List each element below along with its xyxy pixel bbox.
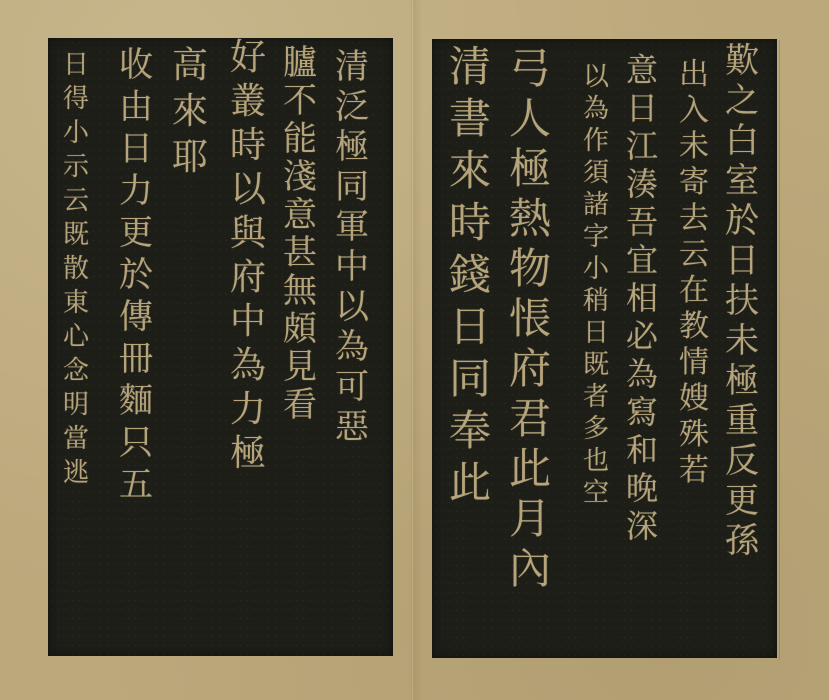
calligraphy-character: 湊 (626, 168, 658, 200)
calligraphy-character: 頗 (283, 312, 317, 346)
calligraphy-character: 只 (119, 426, 153, 460)
calligraphy-character: 字 (583, 224, 609, 250)
calligraphy-character: 必 (626, 320, 658, 352)
calligraphy-character: 收 (119, 48, 153, 82)
calligraphy-character: 來 (449, 150, 491, 192)
calligraphy-character: 為 (626, 358, 658, 390)
calligraphy-character: 不 (283, 84, 317, 118)
calligraphy-character: 清 (449, 46, 491, 88)
calligraphy-character: 江 (626, 130, 658, 162)
calligraphy-character: 以 (335, 290, 369, 324)
calligraphy-character: 云 (63, 188, 89, 214)
calligraphy-character: 來 (172, 94, 208, 130)
calligraphy-character: 須 (583, 160, 609, 186)
calligraphy-character: 極 (335, 130, 369, 164)
calligraphy-character: 反 (725, 444, 759, 478)
calligraphy-character: 好 (230, 40, 266, 76)
calligraphy-character: 入 (679, 96, 709, 126)
calligraphy-character: 去 (679, 204, 709, 234)
calligraphy-character: 白 (725, 124, 759, 158)
calligraphy-character: 為 (230, 348, 266, 384)
calligraphy-character: 室 (725, 164, 759, 198)
calligraphy-character: 日 (119, 132, 153, 166)
calligraphy-character: 人 (509, 98, 551, 140)
calligraphy-character: 多 (583, 416, 609, 442)
calligraphy-character: 傳 (119, 300, 153, 334)
calligraphy-character: 此 (449, 462, 491, 504)
calligraphy-character: 日 (449, 306, 491, 348)
calligraphy-character: 軍 (335, 210, 369, 244)
calligraphy-character: 重 (725, 404, 759, 438)
calligraphy-character: 書 (449, 98, 491, 140)
calligraphy-character: 極 (509, 148, 551, 190)
calligraphy-character: 在 (679, 276, 709, 306)
calligraphy-character: 以 (583, 64, 609, 90)
calligraphy-character: 日 (725, 244, 759, 278)
calligraphy-character: 以 (230, 172, 266, 208)
gutter-shadow (413, 0, 423, 700)
calligraphy-character: 散 (63, 256, 89, 282)
calligraphy-character: 意 (283, 198, 317, 232)
calligraphy-character: 錢 (449, 254, 491, 296)
calligraphy-character: 時 (230, 128, 266, 164)
calligraphy-character: 極 (725, 364, 759, 398)
left-page-column-3: 好叢時以與府中為力極 (230, 40, 266, 480)
calligraphy-character: 之 (725, 84, 759, 118)
calligraphy-character: 五 (119, 468, 153, 502)
calligraphy-character: 得 (63, 86, 89, 112)
calligraphy-character: 者 (583, 384, 609, 410)
calligraphy-character: 府 (230, 260, 266, 296)
calligraphy-character: 同 (449, 358, 491, 400)
calligraphy-character: 冊 (119, 342, 153, 376)
calligraphy-character: 更 (725, 484, 759, 518)
calligraphy-character: 日 (626, 92, 658, 124)
calligraphy-character: 出 (679, 60, 709, 90)
calligraphy-character: 相 (626, 282, 658, 314)
calligraphy-character: 可 (335, 370, 369, 404)
calligraphy-character: 作 (583, 128, 609, 154)
calligraphy-character: 情 (679, 348, 709, 378)
calligraphy-character: 若 (679, 456, 709, 486)
calligraphy-character: 云 (679, 240, 709, 270)
left-page-column-2: 臚不能淺意甚無頗見看 (283, 46, 317, 426)
calligraphy-character: 物 (509, 248, 551, 290)
calligraphy-character: 空 (583, 480, 609, 506)
calligraphy-character: 無 (283, 274, 317, 308)
calligraphy-character: 教 (679, 312, 709, 342)
calligraphy-character: 悵 (509, 298, 551, 340)
calligraphy-character: 於 (119, 258, 153, 292)
calligraphy-character: 時 (449, 202, 491, 244)
calligraphy-character: 於 (725, 204, 759, 238)
calligraphy-character: 小 (583, 256, 609, 282)
right-page-column-1: 歎之白室於日扶未極重反更孫 (725, 44, 759, 564)
calligraphy-character: 見 (283, 350, 317, 384)
calligraphy-character: 既 (63, 222, 89, 248)
calligraphy-character: 惡 (335, 410, 369, 444)
calligraphy-character: 耶 (172, 140, 208, 176)
calligraphy-character: 殊 (679, 420, 709, 450)
calligraphy-character: 泛 (335, 90, 369, 124)
right-page-column-3: 意日江湊吾宜相必為寫和晚深 (626, 54, 658, 548)
calligraphy-character: 諸 (583, 192, 609, 218)
calligraphy-character: 清 (335, 50, 369, 84)
calligraphy-character: 晚 (626, 472, 658, 504)
calligraphy-character: 看 (283, 388, 317, 422)
calligraphy-character: 臚 (283, 46, 317, 80)
calligraphy-character: 未 (679, 132, 709, 162)
calligraphy-character: 嫂 (679, 384, 709, 414)
page-edge-line (779, 40, 780, 660)
calligraphy-character: 熱 (509, 198, 551, 240)
calligraphy-character: 心 (63, 324, 89, 350)
calligraphy-character: 也 (583, 448, 609, 474)
calligraphy-character: 扶 (725, 284, 759, 318)
calligraphy-character: 中 (335, 250, 369, 284)
calligraphy-character: 念 (63, 358, 89, 384)
calligraphy-character: 逃 (63, 460, 89, 486)
right-page-column-5: 弓人極熱物悵府君此月內 (509, 48, 551, 598)
calligraphy-character: 東 (63, 290, 89, 316)
calligraphy-character: 稍 (583, 288, 609, 314)
calligraphy-character: 日 (583, 320, 609, 346)
calligraphy-character: 能 (283, 122, 317, 156)
right-page-column-2: 出入未寄去云在教情嫂殊若 (679, 60, 709, 492)
calligraphy-character: 歎 (725, 44, 759, 78)
calligraphy-character: 更 (119, 216, 153, 250)
calligraphy-character: 月 (509, 498, 551, 540)
calligraphy-character: 力 (230, 392, 266, 428)
calligraphy-character: 為 (335, 330, 369, 364)
calligraphy-character: 君 (509, 398, 551, 440)
calligraphy-character: 日 (63, 52, 89, 78)
left-page-column-4: 高來耶 (172, 48, 208, 186)
calligraphy-character: 中 (230, 304, 266, 340)
calligraphy-character: 意 (626, 54, 658, 86)
right-page-column-6: 清書來時錢日同奉此 (449, 46, 491, 514)
calligraphy-character: 弓 (509, 48, 551, 90)
calligraphy-character: 寄 (679, 168, 709, 198)
calligraphy-character: 奉 (449, 410, 491, 452)
right-page-column-4: 以為作須諸字小稍日既者多也空 (583, 64, 609, 512)
calligraphy-character: 高 (172, 48, 208, 84)
calligraphy-character: 寫 (626, 396, 658, 428)
calligraphy-character: 未 (725, 324, 759, 358)
calligraphy-character: 同 (335, 170, 369, 204)
calligraphy-character: 深 (626, 510, 658, 542)
calligraphy-character: 極 (230, 436, 266, 472)
calligraphy-character: 明 (63, 392, 89, 418)
calligraphy-character: 為 (583, 96, 609, 122)
calligraphy-character: 既 (583, 352, 609, 378)
left-page-column-5: 收由日力更於傳冊麵只五 (119, 48, 153, 510)
calligraphy-character: 府 (509, 348, 551, 390)
calligraphy-character: 示 (63, 154, 89, 180)
calligraphy-character: 孫 (725, 524, 759, 558)
left-page-column-6: 日得小示云既散東心念明當逃 (63, 52, 89, 494)
calligraphy-character: 宜 (626, 244, 658, 276)
calligraphy-character: 力 (119, 174, 153, 208)
calligraphy-character: 與 (230, 216, 266, 252)
calligraphy-character: 吾 (626, 206, 658, 238)
calligraphy-character: 叢 (230, 84, 266, 120)
calligraphy-character: 內 (509, 548, 551, 590)
calligraphy-character: 小 (63, 120, 89, 146)
calligraphy-character: 當 (63, 426, 89, 452)
calligraphy-character: 由 (119, 90, 153, 124)
calligraphy-character: 和 (626, 434, 658, 466)
calligraphy-character: 麵 (119, 384, 153, 418)
left-page-column-1: 清泛極同軍中以為可惡 (335, 50, 369, 450)
calligraphy-character: 甚 (283, 236, 317, 270)
calligraphy-character: 淺 (283, 160, 317, 194)
calligraphy-character: 此 (509, 448, 551, 490)
